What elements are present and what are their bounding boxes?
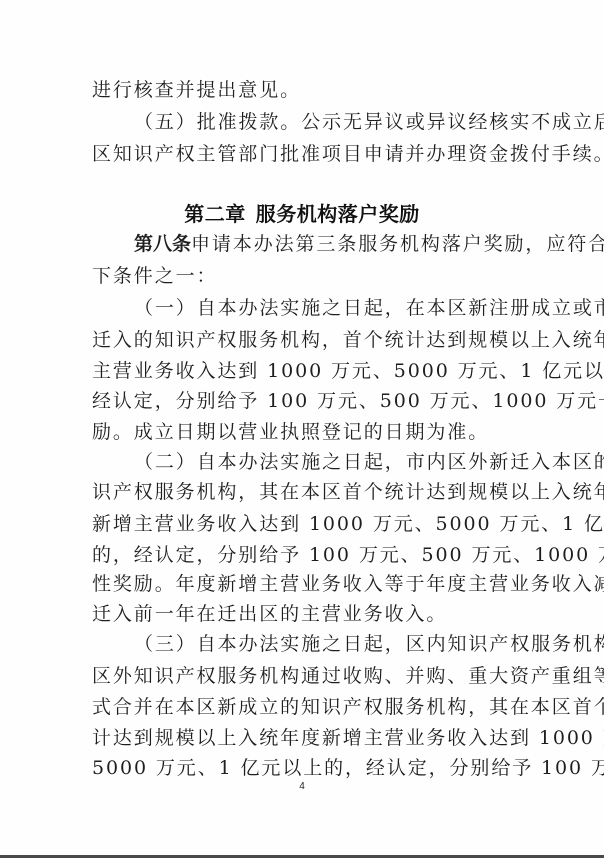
document-page: 进行核查并提出意见。 （五）批准拨款。公示无异议或异议经核实不成立后， 区知识产… [0, 0, 604, 855]
text-line: 主营业务收入达到 1000 万元、5000 万元、1 亿元以上的， [92, 356, 516, 387]
article-lead-text: 申请本办法第三条服务机构落户奖励，应符合以 [191, 233, 604, 255]
text-line: 的，经认定，分别给予 100 万元、500 万元、1000 万元一次 [92, 540, 516, 571]
text-line: 5000 万元、1 亿元以上的，经认定，分别给予 100 万元、500 [92, 753, 516, 784]
chapter-title: 服务机构落户奖励 [256, 202, 420, 226]
text-line: 进行核查并提出意见。 [92, 75, 516, 106]
text-line: 式合并在本区新成立的知识产权服务机构，其在本区首个统 [92, 692, 516, 723]
text-line-item-1: （一）自本办法实施之日起，在本区新注册成立或市外 [134, 293, 516, 324]
text-line: 经认定，分别给予 100 万元、500 万元、1000 万元一次性奖 [92, 386, 516, 417]
text-line: 性奖励。年度新增主营业务收入等于年度主营业务收入减去 [92, 569, 516, 600]
text-line-item-5: （五）批准拨款。公示无异议或异议经核实不成立后， [134, 107, 516, 138]
text-line: 下条件之一： [92, 261, 516, 292]
text-line: 迁入前一年在迁出区的主营业务收入。 [92, 599, 516, 630]
text-line: 计达到规模以上入统年度新增主营业务收入达到 1000 万元、 [92, 723, 516, 754]
text-line: 迁入的知识产权服务机构，首个统计达到规模以上入统年度 [92, 325, 516, 356]
chapter-number: 第二章 [184, 202, 246, 226]
chapter-heading: 第二章服务机构落户奖励 [0, 198, 604, 227]
page-number: 4 [297, 781, 307, 792]
article-lead-line: 第八条申请本办法第三条服务机构落户奖励，应符合以 [134, 229, 516, 260]
text-line-item-3: （三）自本办法实施之日起，区内知识产权服务机构与 [134, 629, 516, 660]
text-line: 励。成立日期以营业执照登记的日期为准。 [92, 417, 516, 448]
text-line: 新增主营业务收入达到 1000 万元、5000 万元、1 亿元以上 [92, 509, 516, 540]
article-label: 第八条 [134, 233, 191, 255]
text-line: 区外知识产权服务机构通过收购、并购、重大资产重组等形 [92, 661, 516, 692]
text-line: 区知识产权主管部门批准项目申请并办理资金拨付手续。 [92, 139, 516, 170]
text-line: 识产权服务机构，其在本区首个统计达到规模以上入统年度 [92, 477, 516, 508]
text-line-item-2: （二）自本办法实施之日起，市内区外新迁入本区的知 [134, 447, 516, 478]
